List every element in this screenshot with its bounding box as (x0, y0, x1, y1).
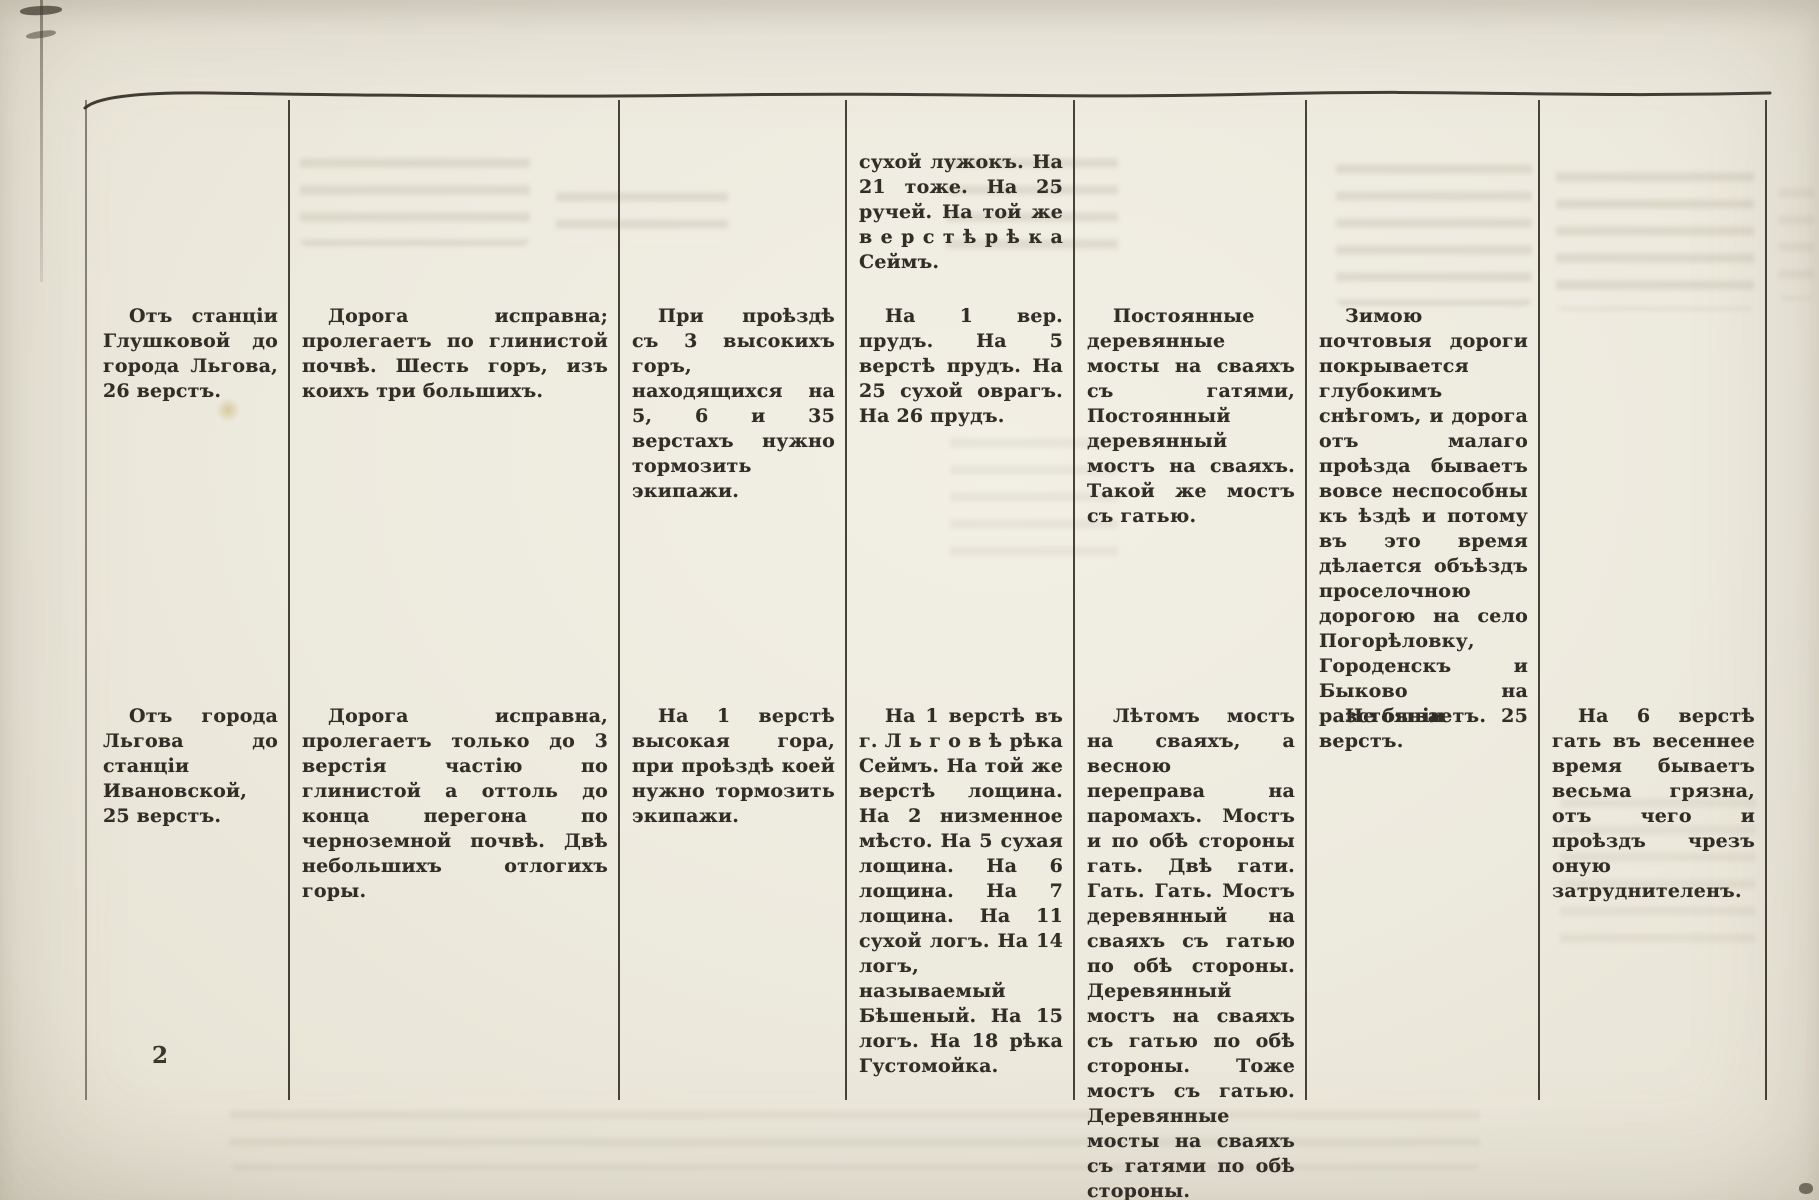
road-condition-text: Дорога исправна; пролегаетъ по глинистой… (302, 304, 608, 404)
winter-text: Зимою почтовыя дороги покрывается глубок… (1319, 304, 1528, 754)
cell-r1-spring (1540, 302, 1767, 702)
carryover-waters-text: сухой лужокъ. На 21 тоже. На 25 ручей. Н… (859, 150, 1063, 275)
scanned-page: сухой лужокъ. На 21 тоже. На 25 ручей. Н… (0, 0, 1819, 1200)
cell-r0-mountains (620, 100, 847, 302)
cell-r1-station: Отъ станціи Глушковой до города Льгова, … (85, 302, 290, 702)
route-table: сухой лужокъ. На 21 тоже. На 25 ручей. Н… (85, 100, 1767, 1100)
bridges-text: Постоянные деревянные мосты на сваяхъ съ… (1087, 304, 1295, 529)
cell-r2-winter: Не бываетъ. (1307, 702, 1540, 1100)
cell-r2-spring: На 6 верстѣ гать въ весеннее время бывае… (1540, 702, 1767, 1100)
waters-text: На 1 верстѣ въ г. Л ь г о в ѣ рѣка Сеймъ… (859, 704, 1063, 1079)
mountains-text: При проѣздѣ съ 3 высокихъ горъ, находящи… (632, 304, 835, 504)
cell-r1-bridges: Постоянные деревянные мосты на сваяхъ съ… (1075, 302, 1307, 702)
scan-speck (26, 29, 57, 40)
station-text: Отъ станціи Глушковой до города Льгова, … (103, 304, 278, 404)
page-number: 2 (152, 1042, 168, 1069)
waters-text: На 1 вер. прудъ. На 5 верстѣ прудъ. На 2… (859, 304, 1063, 429)
cell-r0-waters: сухой лужокъ. На 21 тоже. На 25 ручей. Н… (847, 100, 1075, 302)
paper-fold-shadow (40, 0, 43, 282)
bleedthrough-smudge (1778, 180, 1814, 300)
scan-speck (1799, 1183, 1813, 1194)
cell-r1-winter: Зимою почтовыя дороги покрывается глубок… (1307, 302, 1540, 702)
cell-r2-bridges: Лѣтомъ мостъ на сваяхъ, а весною перепра… (1075, 702, 1307, 1100)
cell-r0-station (85, 100, 290, 302)
scan-speck (20, 5, 62, 16)
cell-r1-waters: На 1 вер. прудъ. На 5 верстѣ прудъ. На 2… (847, 302, 1075, 702)
station-text: Отъ города Льгова до станціи Ивановской,… (103, 704, 278, 829)
bridges-text: Лѣтомъ мостъ на сваяхъ, а весною перепра… (1087, 704, 1295, 1200)
cell-r1-road-condition: Дорога исправна; пролегаетъ по глинистой… (290, 302, 620, 702)
cell-r0-road-condition (290, 100, 620, 302)
cell-r0-bridges (1075, 100, 1307, 302)
cell-r0-spring (1540, 100, 1767, 302)
spring-text: На 6 верстѣ гать въ весеннее время бывае… (1552, 704, 1755, 904)
mountains-text: На 1 верстѣ высокая гора, при проѣздѣ ко… (632, 704, 835, 829)
road-condition-text: Дорога исправна, пролегаетъ только до 3 … (302, 704, 608, 904)
cell-r2-mountains: На 1 верстѣ высокая гора, при проѣздѣ ко… (620, 702, 847, 1100)
cell-r2-road-condition: Дорога исправна, пролегаетъ только до 3 … (290, 702, 620, 1100)
cell-r2-waters: На 1 верстѣ въ г. Л ь г о в ѣ рѣка Сеймъ… (847, 702, 1075, 1100)
cell-r0-winter (1307, 100, 1540, 302)
cell-r1-mountains: При проѣздѣ съ 3 высокихъ горъ, находящи… (620, 302, 847, 702)
winter-text: Не бываетъ. (1319, 704, 1528, 729)
cell-r2-station: Отъ города Льгова до станціи Ивановской,… (85, 702, 290, 1100)
